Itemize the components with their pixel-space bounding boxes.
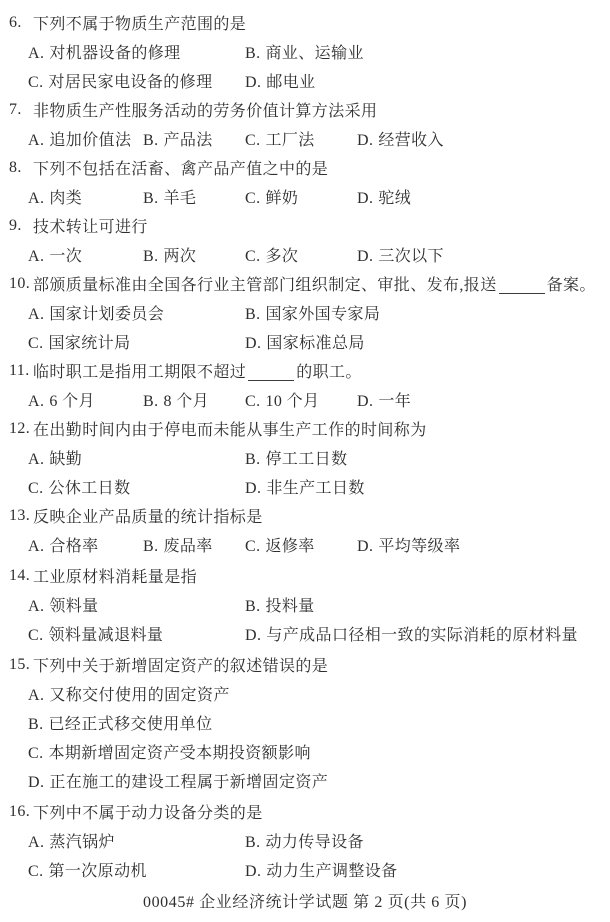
- question-10-option-d: D.国家标准总局: [245, 330, 610, 353]
- question-11-options-row: A.6 个月 B.8 个月 C.10 个月 D.一年: [0, 385, 610, 414]
- exam-page: 6. 下列不属于物质生产范围的是 A.对机器设备的修理 B.商业、运输业 C.对…: [0, 0, 610, 922]
- question-7-title: 7. 非物质生产性服务活动的劳务价值计算方法采用: [0, 95, 610, 124]
- option-text: 追加价值法: [49, 132, 131, 149]
- option-label: C.: [245, 190, 260, 207]
- option-label: C.: [245, 132, 260, 149]
- question-14-title: 14. 工业原材料消耗量是指: [0, 561, 610, 590]
- question-number: 16.: [9, 803, 33, 821]
- option-label: B.: [245, 306, 260, 323]
- question-12-title: 12. 在出勤时间内由于停电而未能从事生产工作的时间称为: [0, 414, 610, 443]
- question-16-title: 16. 下列中不属于动力设备分类的是: [0, 797, 610, 826]
- option-label: D.: [245, 627, 261, 644]
- option-label: B.: [245, 45, 260, 62]
- question-8-option-a: A.肉类: [28, 185, 143, 208]
- question-16-options-row-1: A.蒸汽锅炉 B.动力传导设备: [0, 826, 610, 855]
- question-16-option-c: C.第一次原动机: [28, 858, 245, 881]
- option-label: D.: [28, 774, 44, 791]
- question-15-option-row-a: A.又称交付使用的固定资产: [0, 679, 610, 708]
- question-8-option-d: D.驼绒: [357, 185, 610, 208]
- option-label: A.: [28, 45, 44, 62]
- option-label: D.: [357, 132, 373, 149]
- fill-blank-underline: [499, 291, 545, 294]
- option-text: 动力传导设备: [265, 834, 363, 851]
- option-text: 驼绒: [378, 190, 411, 207]
- option-label: B.: [245, 598, 260, 615]
- question-number: 7.: [9, 101, 33, 119]
- option-text: 国家标准总局: [266, 335, 364, 352]
- question-14-option-d: D.与产成品口径相一致的实际消耗的原材料量: [245, 622, 610, 645]
- option-label: B.: [143, 190, 158, 207]
- question-6-options-row-2: C.对居民家电设备的修理 D.邮电业: [0, 66, 610, 95]
- option-label: D.: [357, 190, 373, 207]
- question-9: 9. 技术转让可进行 A.一次 B.两次 C.多次 D.三次以下: [0, 211, 610, 269]
- option-label: C.: [245, 538, 260, 555]
- question-10-option-c: C.国家统计局: [28, 330, 245, 353]
- question-15: 15. 下列中关于新增固定资产的叙述错误的是 A.又称交付使用的固定资产 B.已…: [0, 650, 610, 795]
- option-text: 10 个月: [265, 393, 319, 410]
- question-10: 10. 部颁质量标准由全国各行业主管部门组织制定、审批、发布,报送备案。 A.国…: [0, 269, 610, 356]
- option-text: 第一次原动机: [48, 863, 146, 880]
- question-9-option-c: C.多次: [245, 243, 357, 266]
- option-text: 本期新增固定资产受本期投资额影响: [48, 745, 310, 762]
- question-16-options-row-2: C.第一次原动机 D.动力生产调整设备: [0, 855, 610, 884]
- option-label: A.: [28, 393, 44, 410]
- option-text: 公休工日数: [48, 480, 130, 497]
- question-7-option-b: B.产品法: [143, 127, 245, 150]
- question-10-options-row-2: C.国家统计局 D.国家标准总局: [0, 327, 610, 356]
- question-11-option-c: C.10 个月: [245, 388, 357, 411]
- option-text: 鲜奶: [265, 190, 298, 207]
- option-text: 工厂法: [265, 132, 314, 149]
- question-number: 11.: [9, 362, 33, 380]
- option-label: D.: [245, 74, 261, 91]
- question-9-options-row: A.一次 B.两次 C.多次 D.三次以下: [0, 240, 610, 269]
- option-text: 羊毛: [163, 190, 196, 207]
- question-15-option-b: B.已经正式移交使用单位: [28, 711, 610, 734]
- option-text: 多次: [265, 248, 298, 265]
- option-label: C.: [28, 74, 43, 91]
- question-7: 7. 非物质生产性服务活动的劳务价值计算方法采用 A.追加价值法 B.产品法 C…: [0, 95, 610, 153]
- option-text: 返修率: [265, 538, 314, 555]
- question-11: 11. 临时职工是指用工期限不超过的职工。 A.6 个月 B.8 个月 C.10…: [0, 356, 610, 414]
- option-text: 三次以下: [378, 248, 444, 265]
- question-13-options-row: A.合格率 B.废品率 C.返修率 D.平均等级率: [0, 530, 610, 559]
- question-text: 在出勤时间内由于停电而未能从事生产工作的时间称为: [33, 417, 427, 440]
- question-9-option-d: D.三次以下: [357, 243, 610, 266]
- option-text: 废品率: [163, 538, 212, 555]
- option-text: 产品法: [163, 132, 212, 149]
- option-text: 一次: [49, 248, 82, 265]
- option-label: A.: [28, 132, 44, 149]
- option-text: 肉类: [49, 190, 82, 207]
- option-label: D.: [245, 863, 261, 880]
- question-8-option-c: C.鲜奶: [245, 185, 357, 208]
- option-text: 国家统计局: [48, 335, 130, 352]
- question-number: 12.: [9, 420, 33, 438]
- question-15-option-row-d: D.正在施工的建设工程属于新增固定资产: [0, 766, 610, 795]
- question-15-option-c: C.本期新增固定资产受本期投资额影响: [28, 740, 610, 763]
- option-text: 非生产工日数: [266, 480, 364, 497]
- option-text: 已经正式移交使用单位: [48, 716, 212, 733]
- option-text: 合格率: [49, 538, 98, 555]
- question-8-title: 8. 下列不包括在活畜、禽产品产值之中的是: [0, 153, 610, 182]
- question-16: 16. 下列中不属于动力设备分类的是 A.蒸汽锅炉 B.动力传导设备 C.第一次…: [0, 797, 610, 884]
- question-number: 6.: [9, 14, 33, 32]
- question-text: 技术转让可进行: [33, 214, 148, 237]
- question-9-option-b: B.两次: [143, 243, 245, 266]
- question-12-option-a: A.缺勤: [28, 446, 245, 469]
- question-13-title: 13. 反映企业产品质量的统计指标是: [0, 501, 610, 530]
- question-14: 14. 工业原材料消耗量是指 A.领料量 B.投料量 C.领料量减退料量 D.与…: [0, 561, 610, 648]
- question-12-options-row-2: C.公休工日数 D.非生产工日数: [0, 472, 610, 501]
- option-label: B.: [143, 538, 158, 555]
- option-text: 国家计划委员会: [49, 306, 164, 323]
- option-text: 对机器设备的修理: [49, 45, 180, 62]
- option-label: A.: [28, 687, 44, 704]
- question-text: 下列不属于物质生产范围的是: [33, 11, 246, 34]
- question-6-option-c: C.对居民家电设备的修理: [28, 69, 245, 92]
- question-12: 12. 在出勤时间内由于停电而未能从事生产工作的时间称为 A.缺勤 B.停工工日…: [0, 414, 610, 501]
- question-text: 下列中不属于动力设备分类的是: [33, 800, 263, 823]
- option-label: C.: [28, 863, 43, 880]
- option-label: D.: [357, 248, 373, 265]
- question-14-option-a: A.领料量: [28, 593, 245, 616]
- question-text: 下列不包括在活畜、禽产品产值之中的是: [33, 156, 328, 179]
- question-10-title: 10. 部颁质量标准由全国各行业主管部门组织制定、审批、发布,报送备案。: [0, 269, 610, 298]
- question-16-option-a: A.蒸汽锅炉: [28, 829, 245, 852]
- option-label: B.: [143, 132, 158, 149]
- question-text: 部颁质量标准由全国各行业主管部门组织制定、审批、发布,报送备案。: [33, 272, 596, 295]
- option-label: C.: [28, 627, 43, 644]
- question-6-options-row-1: A.对机器设备的修理 B.商业、运输业: [0, 37, 610, 66]
- option-label: A.: [28, 598, 44, 615]
- question-12-option-c: C.公休工日数: [28, 475, 245, 498]
- page-footer-text: 00045# 企业经济统计学试题 第 2 页(共 6 页): [143, 889, 467, 912]
- option-text: 动力生产调整设备: [266, 863, 397, 880]
- question-13-option-a: A.合格率: [28, 533, 143, 556]
- question-16-option-b: B.动力传导设备: [245, 829, 610, 852]
- question-6-title: 6. 下列不属于物质生产范围的是: [0, 8, 610, 37]
- question-11-option-a: A.6 个月: [28, 388, 143, 411]
- question-10-option-b: B.国家外国专家局: [245, 301, 610, 324]
- question-13-option-b: B.废品率: [143, 533, 245, 556]
- option-text: 对居民家电设备的修理: [48, 74, 212, 91]
- option-label: D.: [357, 538, 373, 555]
- option-label: C.: [28, 335, 43, 352]
- question-text: 临时职工是指用工期限不超过的职工。: [33, 359, 362, 382]
- question-6-option-a: A.对机器设备的修理: [28, 40, 245, 63]
- question-11-title: 11. 临时职工是指用工期限不超过的职工。: [0, 356, 610, 385]
- option-label: A.: [28, 306, 44, 323]
- option-label: B.: [143, 248, 158, 265]
- option-label: A.: [28, 834, 44, 851]
- question-10-option-a: A.国家计划委员会: [28, 301, 245, 324]
- question-12-option-d: D.非生产工日数: [245, 475, 610, 498]
- question-6-option-d: D.邮电业: [245, 69, 610, 92]
- question-9-option-a: A.一次: [28, 243, 143, 266]
- question-12-option-b: B.停工工日数: [245, 446, 610, 469]
- option-label: A.: [28, 190, 44, 207]
- question-text: 反映企业产品质量的统计指标是: [33, 504, 263, 527]
- option-label: B.: [143, 393, 158, 410]
- option-text: 领料量: [49, 598, 98, 615]
- question-15-title: 15. 下列中关于新增固定资产的叙述错误的是: [0, 650, 610, 679]
- question-14-options-row-1: A.领料量 B.投料量: [0, 590, 610, 619]
- question-number: 14.: [9, 567, 33, 585]
- option-text: 又称交付使用的固定资产: [49, 687, 229, 704]
- question-number: 8.: [9, 159, 33, 177]
- question-8-option-b: B.羊毛: [143, 185, 245, 208]
- option-label: D.: [245, 335, 261, 352]
- question-16-option-d: D.动力生产调整设备: [245, 858, 610, 881]
- option-text: 经营收入: [378, 132, 444, 149]
- option-label: C.: [28, 480, 43, 497]
- question-7-option-c: C.工厂法: [245, 127, 357, 150]
- option-text: 蒸汽锅炉: [49, 834, 115, 851]
- question-15-option-row-c: C.本期新增固定资产受本期投资额影响: [0, 737, 610, 766]
- question-text: 工业原材料消耗量是指: [33, 564, 197, 587]
- option-label: D.: [245, 480, 261, 497]
- question-14-option-b: B.投料量: [245, 593, 610, 616]
- option-label: A.: [28, 248, 44, 265]
- option-text: 8 个月: [163, 393, 209, 410]
- option-label: B.: [245, 451, 260, 468]
- option-label: C.: [245, 248, 260, 265]
- option-text: 缺勤: [49, 451, 82, 468]
- question-6: 6. 下列不属于物质生产范围的是 A.对机器设备的修理 B.商业、运输业 C.对…: [0, 8, 610, 95]
- option-text: 投料量: [265, 598, 314, 615]
- question-14-option-c: C.领料量减退料量: [28, 622, 245, 645]
- option-text: 一年: [378, 393, 411, 410]
- question-15-option-row-b: B.已经正式移交使用单位: [0, 708, 610, 737]
- question-13-option-d: D.平均等级率: [357, 533, 610, 556]
- question-number: 15.: [9, 656, 33, 674]
- question-12-options-row-1: A.缺勤 B.停工工日数: [0, 443, 610, 472]
- question-text: 非物质生产性服务活动的劳务价值计算方法采用: [33, 98, 377, 121]
- option-label: C.: [245, 393, 260, 410]
- question-13: 13. 反映企业产品质量的统计指标是 A.合格率 B.废品率 C.返修率 D.平…: [0, 501, 610, 559]
- option-text: 6 个月: [49, 393, 95, 410]
- question-15-option-a: A.又称交付使用的固定资产: [28, 682, 610, 705]
- option-text: 国家外国专家局: [265, 306, 380, 323]
- option-text: 平均等级率: [378, 538, 460, 555]
- question-text: 下列中关于新增固定资产的叙述错误的是: [33, 653, 328, 676]
- question-8-options-row: A.肉类 B.羊毛 C.鲜奶 D.驼绒: [0, 182, 610, 211]
- question-10-options-row-1: A.国家计划委员会 B.国家外国专家局: [0, 298, 610, 327]
- question-number: 9.: [9, 217, 33, 235]
- question-number: 10.: [9, 275, 33, 293]
- question-13-option-c: C.返修率: [245, 533, 357, 556]
- question-7-options-row: A.追加价值法 B.产品法 C.工厂法 D.经营收入: [0, 124, 610, 153]
- question-8: 8. 下列不包括在活畜、禽产品产值之中的是 A.肉类 B.羊毛 C.鲜奶 D.驼…: [0, 153, 610, 211]
- question-6-option-b: B.商业、运输业: [245, 40, 610, 63]
- option-text: 正在施工的建设工程属于新增固定资产: [49, 774, 328, 791]
- option-text: 两次: [163, 248, 196, 265]
- option-text: 与产成品口径相一致的实际消耗的原材料量: [266, 627, 578, 644]
- option-label: B.: [28, 716, 43, 733]
- option-text: 领料量减退料量: [48, 627, 163, 644]
- option-label: A.: [28, 451, 44, 468]
- question-11-option-d: D.一年: [357, 388, 610, 411]
- question-9-title: 9. 技术转让可进行: [0, 211, 610, 240]
- question-15-option-d: D.正在施工的建设工程属于新增固定资产: [28, 769, 610, 792]
- option-label: C.: [28, 745, 43, 762]
- option-text: 商业、运输业: [265, 45, 363, 62]
- option-label: B.: [245, 834, 260, 851]
- question-14-options-row-2: C.领料量减退料量 D.与产成品口径相一致的实际消耗的原材料量: [0, 619, 610, 648]
- question-number: 13.: [9, 507, 33, 525]
- question-11-option-b: B.8 个月: [143, 388, 245, 411]
- question-7-option-d: D.经营收入: [357, 127, 610, 150]
- question-7-option-a: A.追加价值法: [28, 127, 143, 150]
- page-footer: 00045# 企业经济统计学试题 第 2 页(共 6 页): [0, 886, 610, 915]
- option-label: A.: [28, 538, 44, 555]
- option-text: 停工工日数: [265, 451, 347, 468]
- option-label: D.: [357, 393, 373, 410]
- option-text: 邮电业: [266, 74, 315, 91]
- fill-blank-underline: [248, 378, 294, 381]
